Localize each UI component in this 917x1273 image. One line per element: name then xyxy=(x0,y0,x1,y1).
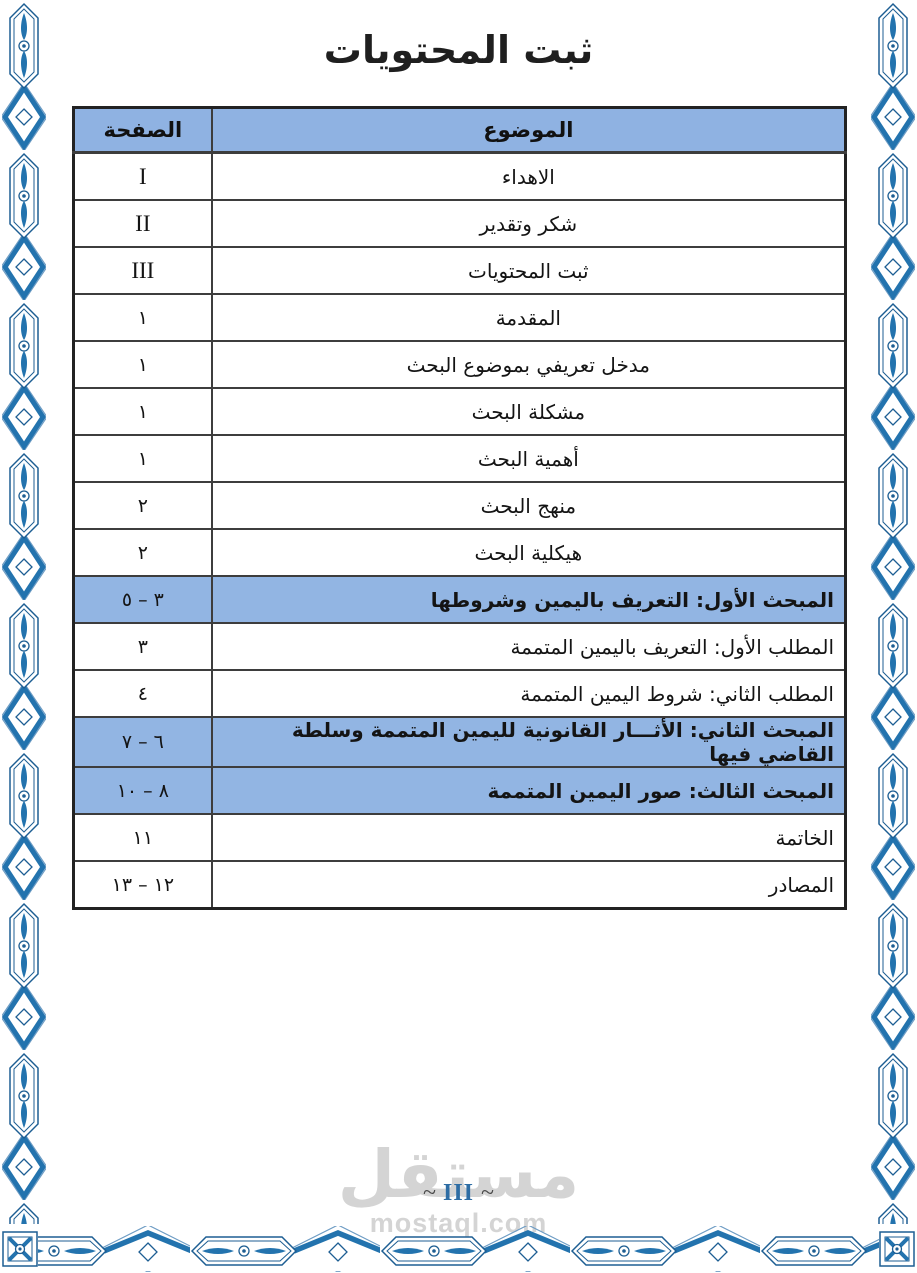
table-row: المصادر١٢ – ١٣ xyxy=(74,861,846,909)
footer-page-number: III xyxy=(443,1180,474,1206)
page-number-cell: ١ xyxy=(74,294,212,341)
footer-tilde-left: ~ xyxy=(423,1180,436,1206)
page-title: ثبت المحتويات xyxy=(0,28,917,72)
table-row: الاهداءI xyxy=(74,153,846,201)
table-row: مشكلة البحث١ xyxy=(74,388,846,435)
page-number-cell: ١٢ – ١٣ xyxy=(74,861,212,909)
table-header-row: الموضوع الصفحة xyxy=(74,108,846,153)
page-number-cell: II xyxy=(74,200,212,247)
table-row: الخاتمة١١ xyxy=(74,814,846,861)
topic-cell: الاهداء xyxy=(212,153,846,201)
page-number-cell: ١ xyxy=(74,435,212,482)
page-number-cell: ٦ – ٧ xyxy=(74,717,212,767)
topic-cell: مدخل تعريفي بموضوع البحث xyxy=(212,341,846,388)
table-row: شكر وتقديرII xyxy=(74,200,846,247)
topic-cell: الخاتمة xyxy=(212,814,846,861)
topic-cell: أهمية البحث xyxy=(212,435,846,482)
page-footer: ~III~ xyxy=(0,1180,917,1207)
decorative-border-left-icon xyxy=(2,0,46,1224)
page-number-cell: ١ xyxy=(74,388,212,435)
page-number-cell: ٨ – ١٠ xyxy=(74,767,212,814)
topic-cell: المبحث الثالث: صور اليمين المتممة xyxy=(212,767,846,814)
page-number-cell: ١ xyxy=(74,341,212,388)
table-row: المطلب الثاني: شروط اليمين المتممة٤ xyxy=(74,670,846,717)
page-number-cell: III xyxy=(74,247,212,294)
topic-cell: المقدمة xyxy=(212,294,846,341)
page-number-cell: ٢ xyxy=(74,482,212,529)
table-row: ثبت المحتوياتIII xyxy=(74,247,846,294)
document-page: مستقل mostaql.com ثبت المحتويات الموضوع … xyxy=(0,0,917,1273)
toc-table: الموضوع الصفحة الاهداءIشكر وتقديرIIثبت ا… xyxy=(72,106,847,910)
table-row: مدخل تعريفي بموضوع البحث١ xyxy=(74,341,846,388)
table-row: هيكلية البحث٢ xyxy=(74,529,846,576)
page-number-cell: I xyxy=(74,153,212,201)
topic-cell: منهج البحث xyxy=(212,482,846,529)
footer-tilde-right: ~ xyxy=(481,1180,494,1206)
topic-cell: المطلب الأول: التعريف باليمين المتممة xyxy=(212,623,846,670)
table-row: منهج البحث٢ xyxy=(74,482,846,529)
table-row: المبحث الثاني: الأثـــار القانونية لليمي… xyxy=(74,717,846,767)
topic-cell: مشكلة البحث xyxy=(212,388,846,435)
topic-cell: المبحث الثاني: الأثـــار القانونية لليمي… xyxy=(212,717,846,767)
page-number-cell: ٢ xyxy=(74,529,212,576)
page-number-cell: ١١ xyxy=(74,814,212,861)
decorative-border-bottom-icon xyxy=(0,1225,917,1273)
topic-cell: شكر وتقدير xyxy=(212,200,846,247)
topic-cell: المطلب الثاني: شروط اليمين المتممة xyxy=(212,670,846,717)
topic-cell: المصادر xyxy=(212,861,846,909)
page-number-cell: ٤ xyxy=(74,670,212,717)
toc-table-body: الاهداءIشكر وتقديرIIثبت المحتوياتIIIالمق… xyxy=(74,153,846,909)
topic-cell: هيكلية البحث xyxy=(212,529,846,576)
table-row: المبحث الثالث: صور اليمين المتممة٨ – ١٠ xyxy=(74,767,846,814)
topic-cell: ثبت المحتويات xyxy=(212,247,846,294)
topic-cell: المبحث الأول: التعريف باليمين وشروطها xyxy=(212,576,846,623)
table-row: المقدمة١ xyxy=(74,294,846,341)
table-row: أهمية البحث١ xyxy=(74,435,846,482)
page-number-cell: ٣ xyxy=(74,623,212,670)
column-header-topic: الموضوع xyxy=(212,108,846,153)
decorative-border-right-icon xyxy=(871,0,915,1224)
table-row: المبحث الأول: التعريف باليمين وشروطها٣ –… xyxy=(74,576,846,623)
table-row: المطلب الأول: التعريف باليمين المتممة٣ xyxy=(74,623,846,670)
page-number-cell: ٣ – ٥ xyxy=(74,576,212,623)
column-header-page: الصفحة xyxy=(74,108,212,153)
